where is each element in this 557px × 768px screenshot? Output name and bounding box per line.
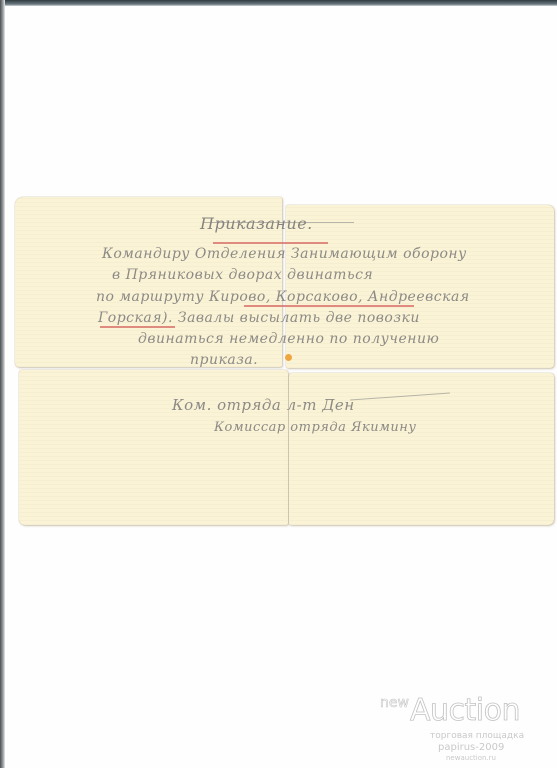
scanner-edge-left [0,0,5,768]
route-underline [244,305,414,307]
scanner-edge-top [0,0,557,6]
commander-signature-line: Ком. отряда л-т Ден [172,396,355,414]
paper-fragment-bottom-left [19,370,288,525]
watermark-brand: Auction [410,693,520,728]
commissar-signature-line: Комиссар отряда Якимину [214,420,416,435]
watermark-prefix: new [380,695,409,711]
watermark-line-2: papirus-2009 [438,742,504,753]
document-title: Приказание. [200,214,313,233]
text-line-6: приказа. [190,352,258,368]
text-line-1: Командиру Отделения Занимающим оборону [102,246,467,262]
text-line-5: двинаться немедленно по получению [138,331,439,347]
title-underline [213,242,328,244]
stain-mark [285,354,292,361]
watermark-line-1: торговая площадка [430,731,524,741]
text-line-3: по маршруту Кирово, Корсаково, Андреевск… [96,289,470,305]
place-underline [100,326,175,328]
watermark-line-3: newauction.ru [446,754,496,762]
text-line-2: в Пряниковых дворах двинаться [112,267,373,283]
text-line-4: Горская). Завалы высылать две повозки [98,310,420,326]
